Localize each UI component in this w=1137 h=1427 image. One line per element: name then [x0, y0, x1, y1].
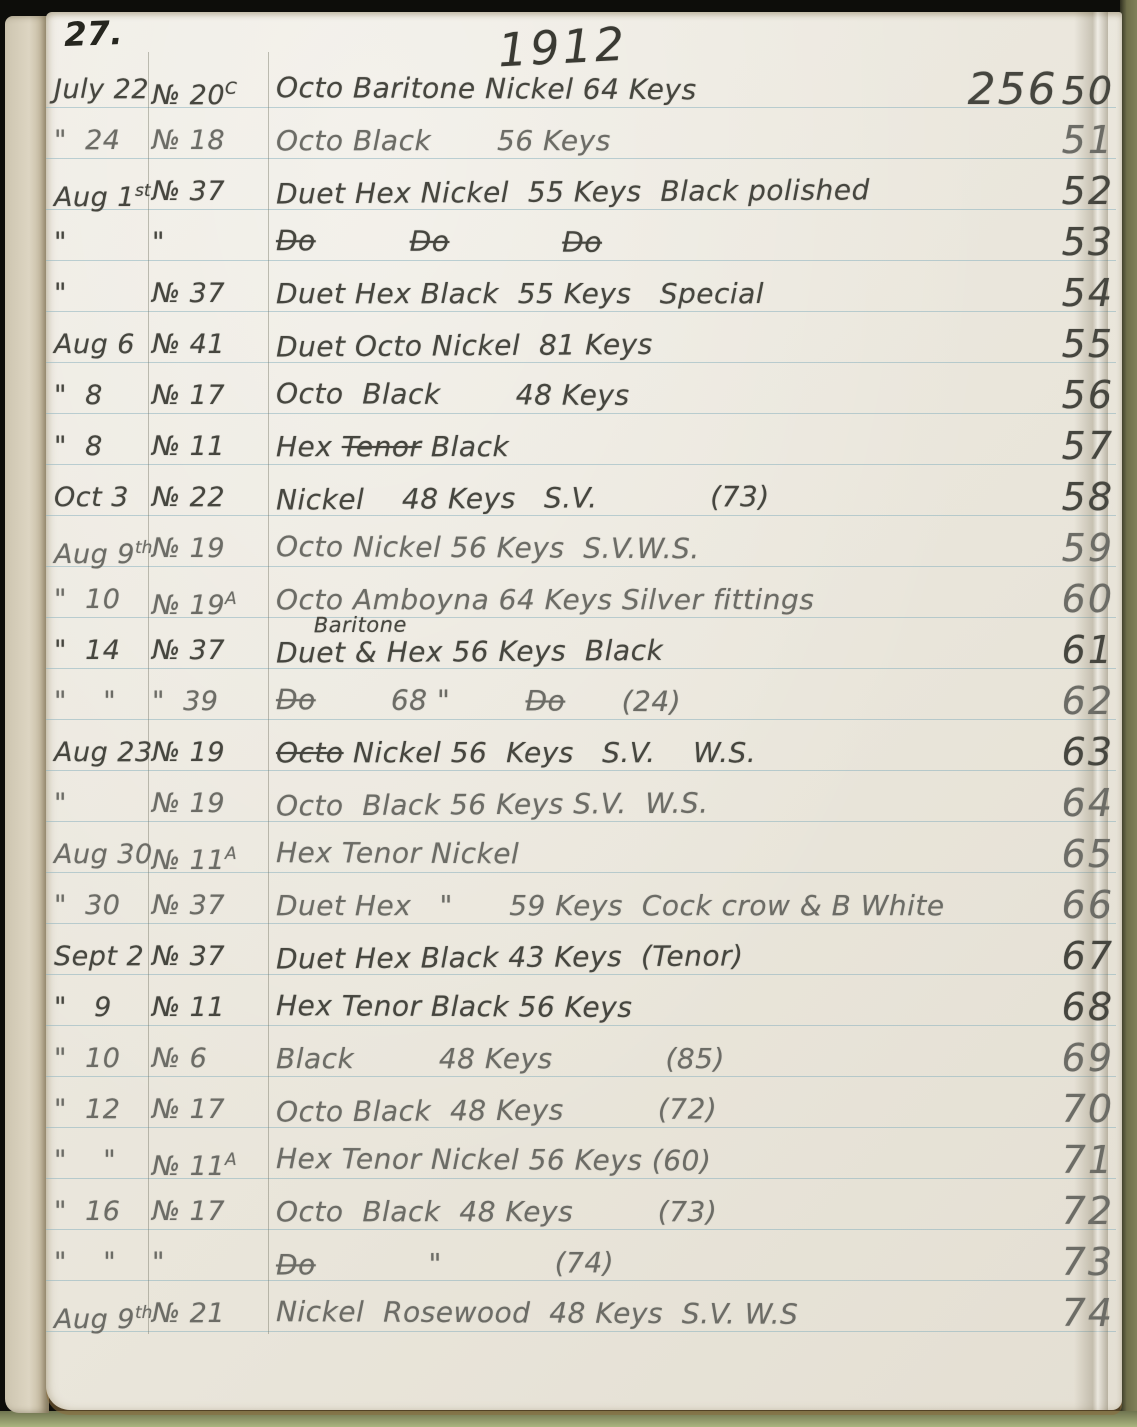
model-number-cell: № 37	[152, 880, 272, 931]
model-number-cell: № 11	[152, 982, 272, 1033]
serial-cell: 60	[888, 574, 1114, 625]
model-number-cell: № 21	[152, 1288, 272, 1339]
model-number-cell: № 11A	[152, 1135, 272, 1192]
date-cell: Aug 1st	[54, 166, 150, 223]
description-segment: Tenor	[342, 430, 422, 463]
serial-cell: 66	[888, 880, 1114, 931]
description-segment	[316, 224, 410, 257]
date-cell: " 30	[54, 880, 150, 931]
description-segment: Hex Tenor Nickel	[276, 836, 519, 870]
date-cell: " 16	[54, 1186, 150, 1237]
model-number-cell: № 17	[152, 370, 272, 421]
model-number-cell: № 11	[152, 421, 272, 472]
model-number-cell: № 19	[152, 523, 272, 574]
serial-cell: 58	[888, 472, 1114, 523]
date-cell: Aug 30	[54, 829, 150, 880]
serial-cell: 68	[888, 982, 1114, 1033]
description-segment: Octo Amboyna 64 Keys Silver fittings	[276, 583, 814, 616]
date-cell: Aug 9th	[54, 1288, 150, 1345]
date-cell: July 22	[54, 64, 150, 115]
date-cell: " 12	[54, 1084, 150, 1135]
serial-cell: 62	[888, 676, 1114, 727]
model-number-cell: № 22	[152, 472, 272, 523]
model-number-cell: № 20C	[152, 64, 272, 121]
description-segment: Octo Baritone Nickel 64 Keys	[276, 71, 697, 106]
description-segment: Hex	[276, 430, 342, 463]
description-segment: Nickel Rosewood 48 Keys S.V. W.S	[276, 1295, 799, 1331]
model-number-cell: "	[152, 1237, 272, 1288]
description-segment: Do	[525, 684, 565, 717]
description-segment: 68 "	[316, 683, 526, 717]
serial-prefix: 256	[968, 64, 1058, 115]
date-cell: " "	[54, 1237, 150, 1288]
description-segment: Hex Tenor Black 56 Keys	[276, 989, 633, 1024]
ledger-row: Aug 9th№ 21Nickel Rosewood 48 Keys S.V. …	[46, 1288, 1122, 1339]
description-segment: Do	[276, 683, 316, 716]
model-number-cell: № 17	[152, 1186, 272, 1237]
model-number-cell: № 11A	[152, 829, 272, 886]
ledger-row: Aug 1st№ 37Duet Hex Nickel 55 Keys Black…	[46, 166, 1122, 217]
description-segment: Octo Black 56 Keys S.V. W.S.	[276, 787, 709, 823]
serial-cell: 73	[888, 1237, 1114, 1288]
description-segment: Black	[422, 430, 510, 463]
inserted-word-above: Baritone	[314, 615, 407, 636]
description-segment: Duet & HexBaritone	[276, 635, 443, 669]
date-cell: " 24	[54, 115, 150, 166]
date-cell: " 8	[54, 370, 150, 421]
description-segment: Duet Hex Black 55 Keys Special	[276, 277, 764, 310]
model-number-cell: № 19	[152, 727, 272, 778]
model-number-cell: № 17	[152, 1084, 272, 1135]
description-segment: 56 Keys Black	[443, 634, 663, 669]
serial-cell: 72	[888, 1186, 1114, 1237]
date-cell: Oct 3	[54, 472, 150, 523]
description-segment: Black 48 Keys (85)	[276, 1042, 725, 1075]
date-cell: " "	[54, 676, 150, 727]
ledger-row: Sept 2№ 37Duet Hex Black 43 Keys (Tenor)…	[46, 931, 1122, 982]
date-cell: "	[54, 217, 150, 268]
book-edge-right	[1120, 0, 1137, 1427]
serial-cell: 70	[888, 1084, 1114, 1135]
ledger-row: Aug 30№ 11AHex Tenor Nickel65	[46, 829, 1122, 880]
book-edge-bottom	[0, 1411, 1137, 1427]
description-segment: Do	[410, 225, 450, 258]
serial-cell: 69	[888, 1033, 1114, 1084]
model-number-cell: № 37	[152, 931, 272, 982]
ledger-row: " 8№ 17Octo Black 48 Keys56	[46, 370, 1122, 421]
serial-cell: 51	[888, 115, 1114, 166]
date-cell: " 9	[54, 982, 150, 1033]
ledger-row: " 9№ 11Hex Tenor Black 56 Keys68	[46, 982, 1122, 1033]
description-segment: Duet Hex " 59 Keys Cock crow & B White	[276, 889, 945, 922]
description-segment: Duet Hex Black 43 Keys (Tenor)	[276, 939, 744, 975]
model-number-cell: № 18	[152, 115, 272, 166]
date-cell: Aug 9th	[54, 523, 150, 580]
model-number-cell: № 41	[152, 319, 272, 370]
description-segment: Duet Octo Nickel 81 Keys	[276, 328, 653, 364]
date-cell: " 14	[54, 625, 150, 676]
date-cell: "	[54, 268, 150, 319]
serial-cell: 63	[888, 727, 1114, 778]
date-cell: Aug 23	[54, 727, 150, 778]
model-number-cell: № 37	[152, 625, 272, 676]
page-number: 27.	[63, 13, 123, 54]
date-cell: Aug 6	[54, 319, 150, 370]
model-number-cell: " 39	[152, 676, 272, 727]
description-segment: Nickel 56 Keys S.V. W.S.	[344, 736, 757, 769]
ledger-row: Oct 3№ 22Nickel 48 Keys S.V. (73)58	[46, 472, 1122, 523]
serial-cell: 64	[888, 778, 1114, 829]
ledger-row: ""Do Do Do53	[46, 217, 1122, 268]
description-segment: Octo Black 48 Keys	[276, 377, 630, 412]
serial-cell: 54	[888, 268, 1114, 319]
ledger-row: " ""Do " (74)73	[46, 1237, 1122, 1288]
model-number-cell: № 37	[152, 166, 272, 217]
serial-cell: 25650	[888, 64, 1114, 117]
ledger-row: " 12№ 17Octo Black 48 Keys (72)70	[46, 1084, 1122, 1135]
serial-cell: 65	[888, 829, 1114, 880]
ledger-row: "№ 37Duet Hex Black 55 Keys Special54	[46, 268, 1122, 319]
description-segment: " (74)	[316, 1246, 615, 1281]
model-number-cell: № 19A	[152, 574, 272, 631]
serial-cell: 56	[888, 370, 1114, 421]
ledger-row: " "№ 11AHex Tenor Nickel 56 Keys (60)71	[46, 1135, 1122, 1186]
description-segment: Do	[276, 224, 316, 257]
serial-cell: 53	[888, 217, 1114, 268]
serial-cell: 61	[888, 625, 1114, 676]
serial-cell: 55	[888, 319, 1114, 370]
description-segment: Nickel 48 Keys S.V. (73)	[276, 480, 770, 516]
serial-cell: 74	[888, 1288, 1114, 1339]
ledger-row: Aug 6№ 41Duet Octo Nickel 81 Keys55	[46, 319, 1122, 370]
description-segment: Octo	[276, 736, 344, 769]
ledger-row: " 14№ 37Duet & HexBaritone 56 Keys Black…	[46, 625, 1122, 676]
description-segment: Octo Nickel 56 Keys S.V.W.S.	[276, 530, 700, 565]
date-cell: " 8	[54, 421, 150, 472]
ledger-row: " 16№ 17Octo Black 48 Keys (73)72	[46, 1186, 1122, 1237]
serial-cell: 57	[888, 421, 1114, 472]
date-cell: " 10	[54, 574, 150, 625]
serial-cell: 59	[888, 523, 1114, 574]
previous-page-edge	[5, 16, 49, 1413]
date-cell: "	[54, 778, 150, 829]
ledger-row: " 30№ 37Duet Hex " 59 Keys Cock crow & B…	[46, 880, 1122, 931]
description-segment: Octo Black 48 Keys (72)	[276, 1092, 717, 1128]
serial-cell: 67	[888, 931, 1114, 982]
model-number-cell: № 19	[152, 778, 272, 829]
ledger-row: Aug 9th№ 19Octo Nickel 56 Keys S.V.W.S.5…	[46, 523, 1122, 574]
ledger-row: " 10№ 19AOcto Amboyna 64 Keys Silver fit…	[46, 574, 1122, 625]
date-cell: Sept 2	[54, 931, 150, 982]
description-segment: Do	[562, 226, 602, 259]
date-cell: " 10	[54, 1033, 150, 1084]
serial-cell: 52	[888, 166, 1114, 217]
serial-cell: 71	[888, 1135, 1114, 1186]
ledger-row: " 10№ 6Black 48 Keys (85)69	[46, 1033, 1122, 1084]
ledger-page: 27. 1912 July 22№ 20COcto Baritone Nicke…	[46, 12, 1122, 1410]
model-number-cell: "	[152, 217, 272, 268]
ledger-row: " 24№ 18Octo Black 56 Keys51	[46, 115, 1122, 166]
description-segment	[449, 225, 562, 259]
description-segment: Octo Black 48 Keys (73)	[276, 1195, 717, 1228]
notebook-scan: 27. 1912 July 22№ 20COcto Baritone Nicke…	[0, 0, 1137, 1427]
description-segment: Octo Black 56 Keys	[276, 124, 611, 157]
ledger-row: " "" 39Do 68 " Do (24)62	[46, 676, 1122, 727]
ledger-row: July 22№ 20COcto Baritone Nickel 64 Keys…	[46, 64, 1122, 115]
model-number-cell: № 6	[152, 1033, 272, 1084]
model-number-cell: № 37	[152, 268, 272, 319]
ledger-row: "№ 19Octo Black 56 Keys S.V. W.S.64	[46, 778, 1122, 829]
ledger-row: Aug 23№ 19Octo Nickel 56 Keys S.V. W.S.6…	[46, 727, 1122, 778]
ledger-row: " 8№ 11Hex Tenor Black57	[46, 421, 1122, 472]
description-segment: Do	[276, 1248, 316, 1281]
description-segment: (24)	[565, 685, 681, 719]
date-cell: " "	[54, 1135, 150, 1186]
description-segment: Duet Hex Nickel 55 Keys Black polished	[276, 173, 870, 210]
description-segment: Hex Tenor Nickel 56 Keys (60)	[276, 1142, 711, 1177]
